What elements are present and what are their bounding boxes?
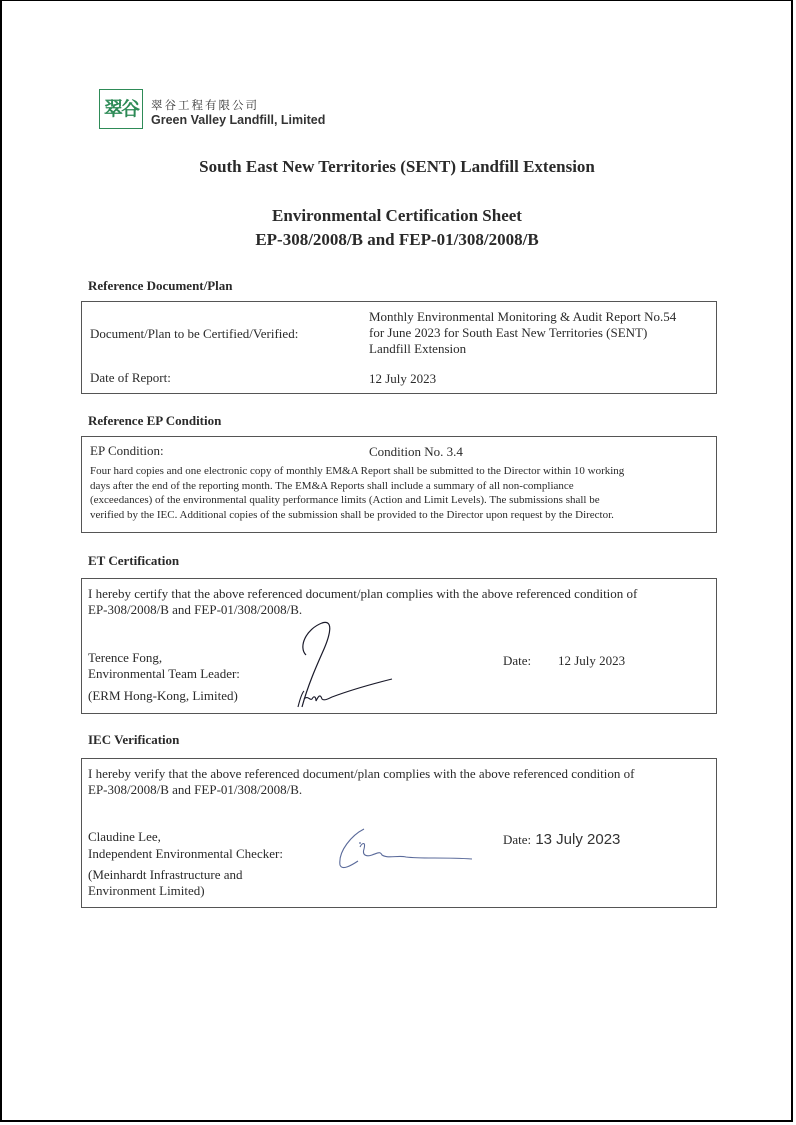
et-certification-box: I hereby certify that the above referenc… — [81, 578, 717, 714]
ep-condition-text: Four hard copies and one electronic copy… — [90, 464, 710, 522]
iec-statement: I hereby verify that the above reference… — [88, 766, 708, 798]
et-signer-organization: (ERM Hong-Kong, Limited) — [88, 688, 238, 704]
et-date-value: 12 July 2023 — [558, 653, 625, 669]
document-value-line: Monthly Environmental Monitoring & Audit… — [369, 309, 714, 325]
iec-date: Date: 13 July 2023 — [503, 831, 620, 848]
iec-statement-line: EP-308/2008/B and FEP-01/308/2008/B. — [88, 782, 708, 798]
document-value-line: Landfill Extension — [369, 341, 714, 357]
iec-date-label: Date: — [503, 832, 531, 847]
et-signer-name: Terence Fong, — [88, 650, 162, 666]
document-value: Monthly Environmental Monitoring & Audit… — [369, 309, 714, 357]
ep-condition-box: EP Condition: Condition No. 3.4 Four har… — [81, 436, 717, 533]
date-of-report-value: 12 July 2023 — [369, 371, 436, 387]
document-label: Document/Plan to be Certified/Verified: — [90, 326, 298, 342]
section-heading-et-certification: ET Certification — [88, 553, 179, 569]
iec-verification-box: I hereby verify that the above reference… — [81, 758, 717, 908]
ep-condition-label: EP Condition: — [90, 443, 164, 459]
sheet-title: Environmental Certification Sheet — [2, 206, 792, 226]
iec-signer-organization-line: (Meinhardt Infrastructure and — [88, 867, 243, 883]
project-title: South East New Territories (SENT) Landfi… — [2, 157, 792, 177]
company-name-chinese: 翠谷工程有限公司 — [151, 97, 259, 113]
company-logo-mark: 翠谷 — [99, 89, 143, 129]
permit-numbers: EP-308/2008/B and FEP-01/308/2008/B — [2, 230, 792, 250]
ep-condition-text-line: Four hard copies and one electronic copy… — [90, 464, 710, 479]
section-heading-iec-verification: IEC Verification — [88, 732, 179, 748]
iec-signature-image — [332, 825, 477, 875]
iec-signer-name: Claudine Lee, — [88, 829, 161, 845]
ep-condition-number: Condition No. 3.4 — [369, 444, 463, 460]
iec-signer-organization-line: Environment Limited) — [88, 883, 243, 899]
section-heading-reference-document: Reference Document/Plan — [88, 278, 233, 294]
company-name-english: Green Valley Landfill, Limited — [151, 113, 325, 127]
iec-signer-organization: (Meinhardt Infrastructure and Environmen… — [88, 867, 243, 899]
iec-statement-line: I hereby verify that the above reference… — [88, 766, 708, 782]
ep-condition-text-line: (exceedances) of the environmental quali… — [90, 493, 710, 508]
reference-document-box: Document/Plan to be Certified/Verified: … — [81, 301, 717, 394]
ep-condition-text-line: days after the end of the reporting mont… — [90, 479, 710, 494]
ep-condition-text-line: verified by the IEC. Additional copies o… — [90, 508, 710, 523]
et-date-label: Date: — [503, 653, 531, 669]
logo-mark-text: 翠谷 — [104, 100, 138, 119]
document-value-line: for June 2023 for South East New Territo… — [369, 325, 714, 341]
et-statement-line: I hereby certify that the above referenc… — [88, 586, 708, 602]
document-page: 翠谷 翠谷工程有限公司 Green Valley Landfill, Limit… — [0, 0, 793, 1122]
et-statement: I hereby certify that the above referenc… — [88, 586, 708, 618]
et-signature-image — [288, 619, 398, 711]
iec-date-value: 13 July 2023 — [535, 831, 620, 848]
et-statement-line: EP-308/2008/B and FEP-01/308/2008/B. — [88, 602, 708, 618]
iec-signer-title: Independent Environmental Checker: — [88, 846, 283, 862]
section-heading-ep-condition: Reference EP Condition — [88, 413, 221, 429]
et-signer-title: Environmental Team Leader: — [88, 666, 240, 682]
date-of-report-label: Date of Report: — [90, 370, 171, 386]
